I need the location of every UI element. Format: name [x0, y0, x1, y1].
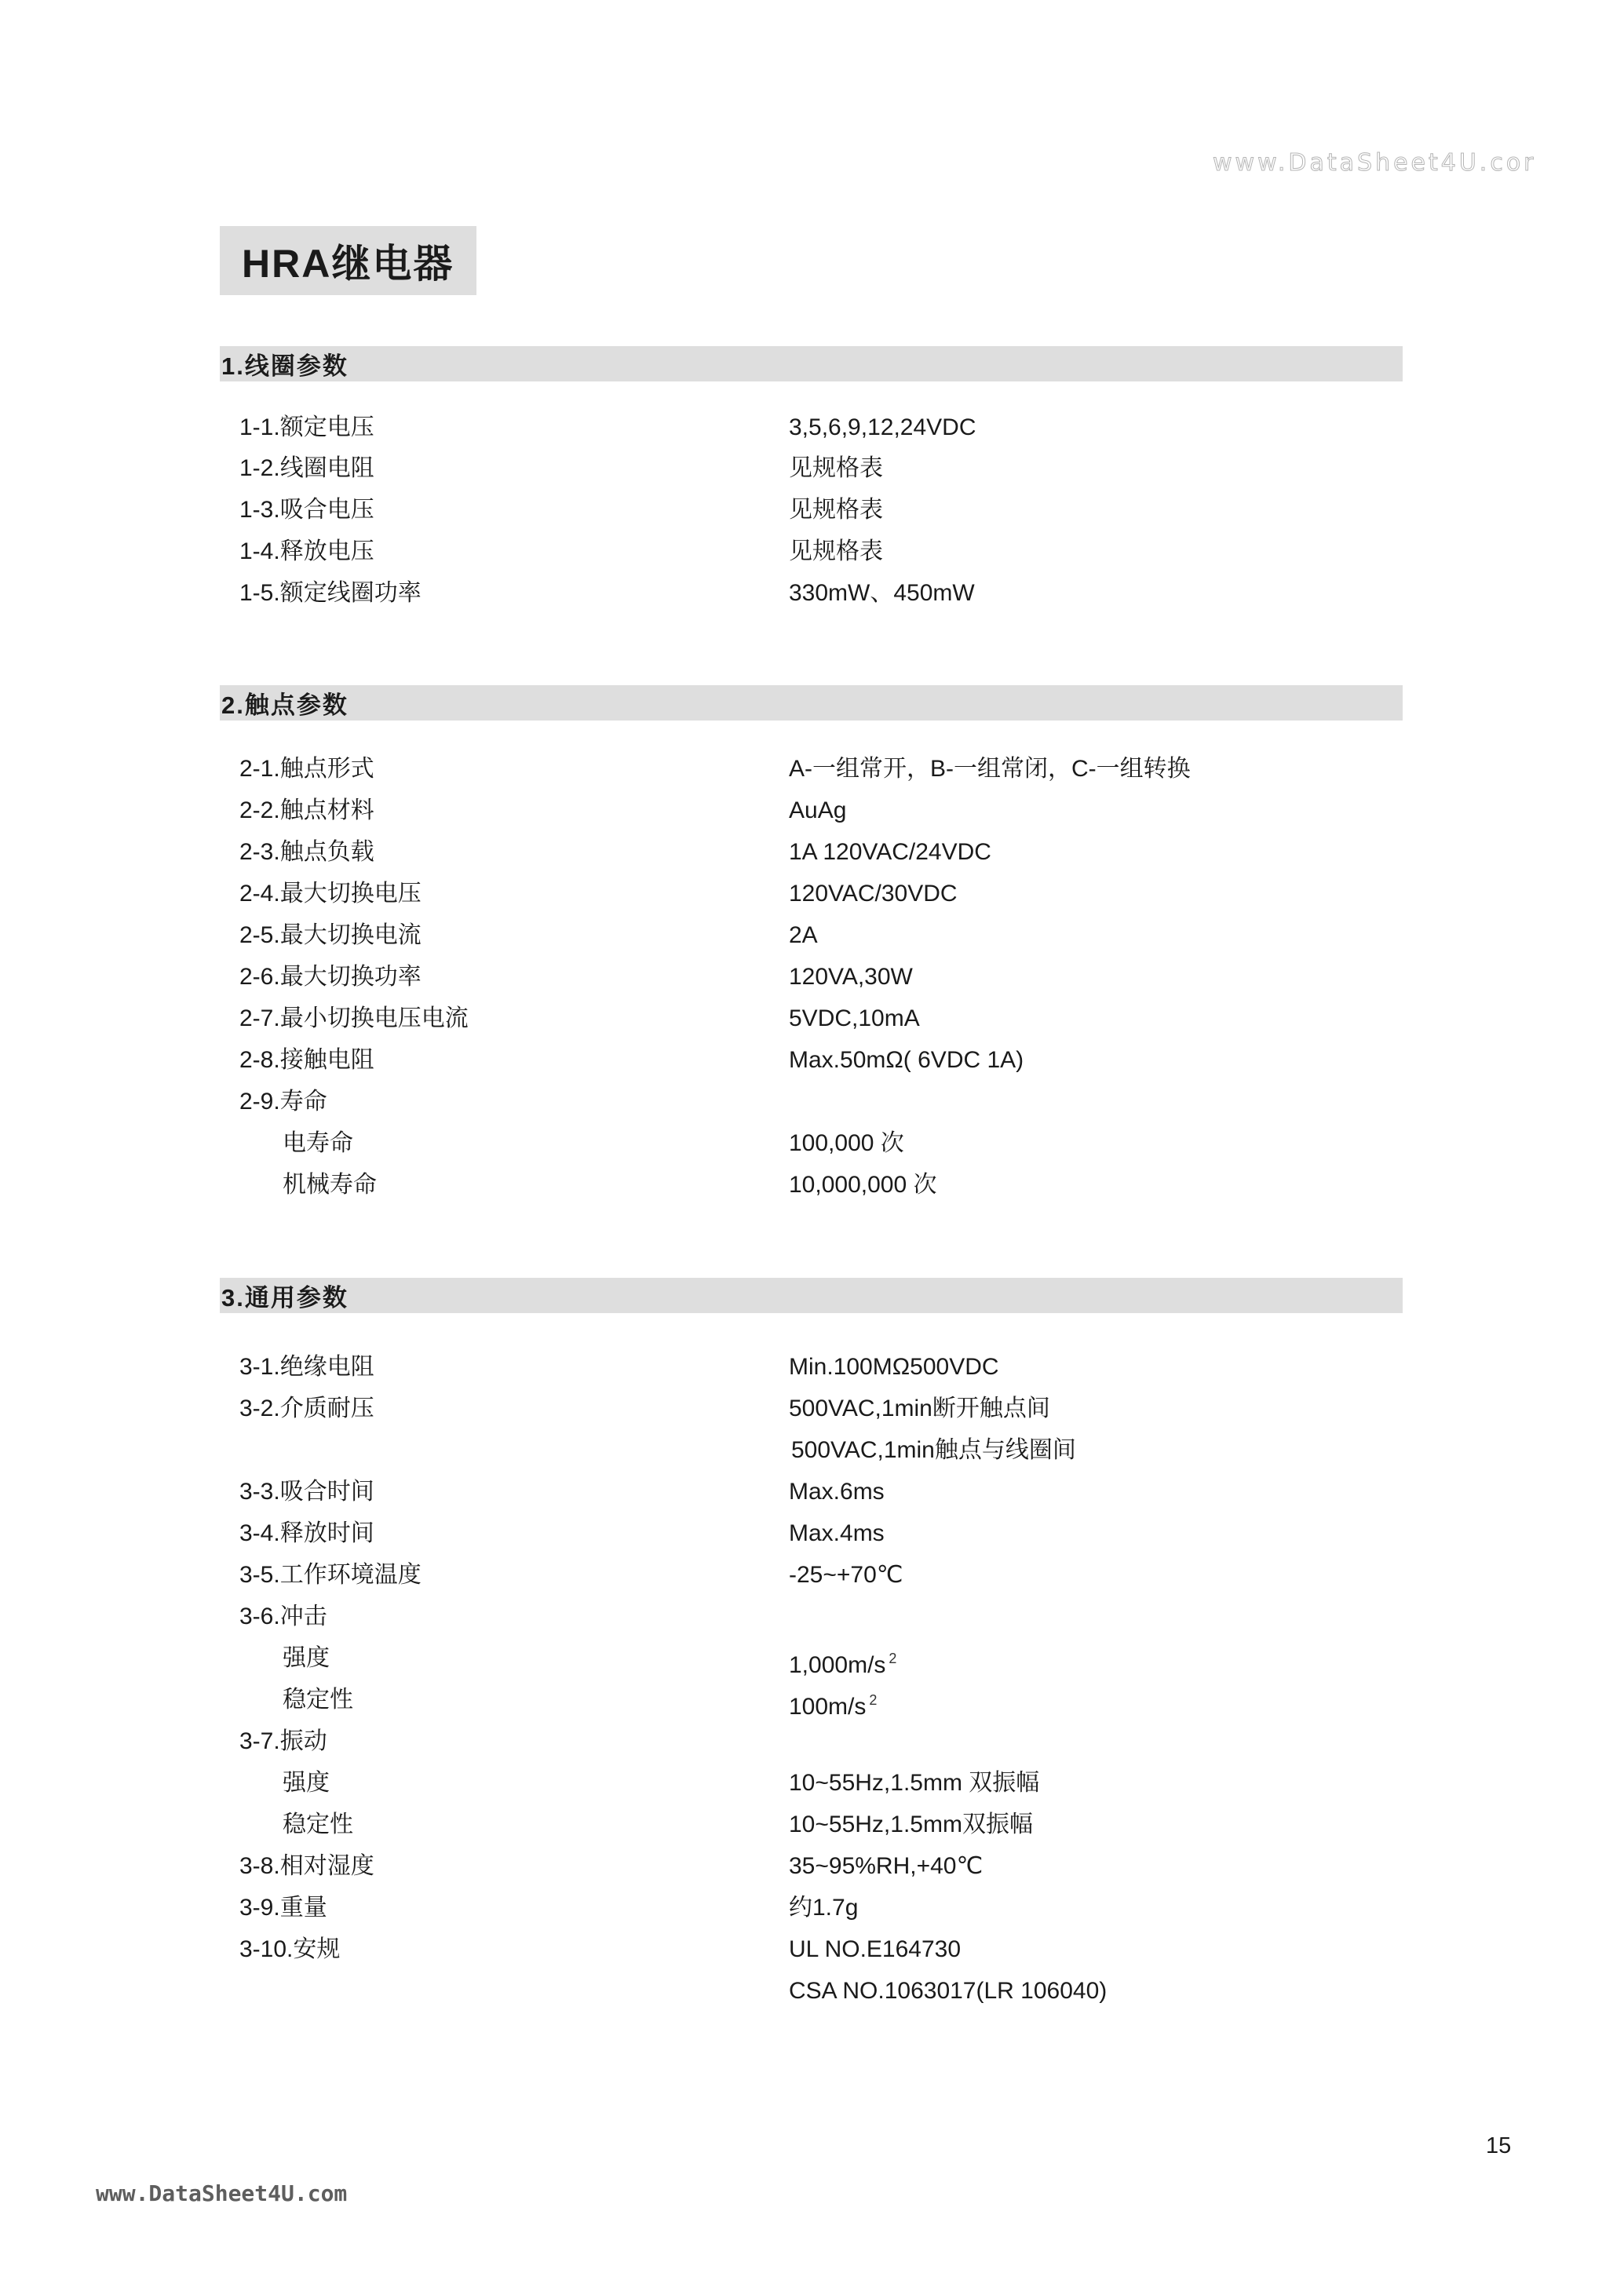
spec-row: 3-8.相对湿度 35~95%RH,+40℃ — [0, 1849, 1624, 1884]
spec-value: Min.100MΩ500VDC — [789, 1350, 999, 1385]
spec-row: CSA NO.1063017(LR 106040) — [0, 1974, 1624, 2009]
spec-row: 2-1.触点形式 A-一组常开，B-一组常闭，C-一组转换 — [0, 752, 1624, 786]
spec-row: 2-7.最小切换电压电流 5VDC,10mA — [0, 1002, 1624, 1036]
spec-sublabel: 稳定性 — [283, 1683, 353, 1717]
section-header-general: 3.通用参数 — [220, 1278, 1403, 1313]
section-header-contact: 2.触点参数 — [220, 685, 1403, 721]
spec-label: 2-7.最小切换电压电流 — [239, 1002, 469, 1036]
spec-row: 1-1.额定电压 3,5,6,9,12,24VDC — [0, 410, 1624, 445]
section-title: 2.触点参数 — [221, 685, 349, 721]
spec-row: 3-2.介质耐压 500VAC,1min断开触点间 — [0, 1392, 1624, 1426]
spec-value: 120VA,30W — [789, 960, 913, 994]
spec-subrow: 强度 10~55Hz,1.5mm 双振幅 — [0, 1766, 1624, 1801]
spec-value: 100m/s2 — [789, 1683, 877, 1724]
spec-value: Max.50mΩ( 6VDC 1A) — [789, 1043, 1024, 1078]
spec-sublabel: 稳定性 — [283, 1808, 353, 1842]
spec-label: 1-3.吸合电压 — [239, 493, 374, 527]
spec-value: 35~95%RH,+40℃ — [789, 1849, 983, 1884]
spec-value: 见规格表 — [789, 535, 883, 569]
spec-row: 2-8.接触电阻 Max.50mΩ( 6VDC 1A) — [0, 1043, 1624, 1078]
spec-value: Max.4ms — [789, 1516, 885, 1551]
spec-label: 3-7.振动 — [239, 1724, 327, 1759]
spec-row: 3-3.吸合时间 Max.6ms — [0, 1475, 1624, 1509]
page-number: 15 — [1486, 2133, 1511, 2159]
spec-label: 2-8.接触电阻 — [239, 1043, 374, 1078]
watermark-bottom: www.DataSheet4U.com — [96, 2180, 347, 2206]
spec-row: 3-4.释放时间 Max.4ms — [0, 1516, 1624, 1551]
spec-label: 3-6.冲击 — [239, 1600, 327, 1634]
spec-subrow: 稳定性 10~55Hz,1.5mm双振幅 — [0, 1808, 1624, 1842]
spec-subrow: 机械寿命 10,000,000 次 — [0, 1168, 1624, 1202]
spec-label: 3-5.工作环境温度 — [239, 1558, 422, 1593]
spec-label: 1-2.线圈电阻 — [239, 451, 374, 486]
spec-value: 1A 120VAC/24VDC — [789, 835, 991, 870]
spec-value: 330mW、450mW — [789, 576, 975, 611]
spec-value: 500VAC,1min触点与线圈间 — [791, 1433, 1076, 1468]
spec-value: A-一组常开，B-一组常闭，C-一组转换 — [789, 752, 1191, 786]
spec-value: 见规格表 — [789, 451, 883, 486]
spec-label: 3-2.介质耐压 — [239, 1392, 374, 1426]
spec-value: CSA NO.1063017(LR 106040) — [789, 1974, 1107, 2009]
spec-row: 1-5.额定线圈功率 330mW、450mW — [0, 576, 1624, 611]
spec-value: 约1.7g — [789, 1891, 858, 1925]
spec-label: 2-2.触点材料 — [239, 794, 374, 828]
spec-label: 2-5.最大切换电流 — [239, 918, 422, 953]
section-title: 3.通用参数 — [221, 1278, 349, 1313]
document-title-box: HRA继电器 — [220, 226, 476, 295]
section-title: 1.线圈参数 — [221, 346, 349, 381]
spec-row: 2-3.触点负载 1A 120VAC/24VDC — [0, 835, 1624, 870]
watermark-top: www.DataSheet4U.cor — [1213, 149, 1537, 177]
spec-sublabel: 强度 — [283, 1641, 330, 1676]
document-title: HRA继电器 — [242, 232, 454, 289]
spec-sublabel: 电寿命 — [283, 1126, 353, 1161]
spec-row: 2-2.触点材料 AuAg — [0, 794, 1624, 828]
spec-subrow: 稳定性 100m/s2 — [0, 1683, 1624, 1717]
spec-row: 3-10.安规 UL NO.E164730 — [0, 1932, 1624, 1967]
spec-row: 3-6.冲击 — [0, 1600, 1624, 1634]
spec-label: 2-4.最大切换电压 — [239, 877, 422, 911]
section-header-coil: 1.线圈参数 — [220, 346, 1403, 381]
spec-label: 3-4.释放时间 — [239, 1516, 374, 1551]
spec-row: 3-5.工作环境温度 -25~+70℃ — [0, 1558, 1624, 1593]
spec-label: 1-5.额定线圈功率 — [239, 576, 422, 611]
spec-value: 5VDC,10mA — [789, 1002, 920, 1036]
spec-row: 3-9.重量 约1.7g — [0, 1891, 1624, 1925]
spec-row: 1-3.吸合电压 见规格表 — [0, 493, 1624, 527]
spec-value: UL NO.E164730 — [789, 1932, 961, 1967]
spec-value: 10,000,000 次 — [789, 1168, 936, 1202]
spec-label: 1-4.释放电压 — [239, 535, 374, 569]
spec-value: 3,5,6,9,12,24VDC — [789, 410, 976, 445]
spec-label: 2-9.寿命 — [239, 1085, 327, 1119]
spec-value: -25~+70℃ — [789, 1558, 903, 1593]
spec-label: 2-6.最大切换功率 — [239, 960, 422, 994]
spec-row: 1-2.线圈电阻 见规格表 — [0, 451, 1624, 486]
spec-subrow: 电寿命 100,000 次 — [0, 1126, 1624, 1161]
spec-value: 2A — [789, 918, 818, 953]
spec-label: 3-9.重量 — [239, 1891, 327, 1925]
spec-sublabel: 机械寿命 — [283, 1168, 377, 1202]
spec-value: 100,000 次 — [789, 1126, 904, 1161]
spec-row: 2-4.最大切换电压 120VAC/30VDC — [0, 877, 1624, 911]
spec-row: 500VAC,1min触点与线圈间 — [0, 1433, 1624, 1468]
spec-row: 2-5.最大切换电流 2A — [0, 918, 1624, 953]
spec-row: 3-1.绝缘电阻 Min.100MΩ500VDC — [0, 1350, 1624, 1385]
spec-value: AuAg — [789, 794, 846, 828]
spec-value: 10~55Hz,1.5mm 双振幅 — [789, 1766, 1039, 1801]
spec-row: 2-9.寿命 — [0, 1085, 1624, 1119]
spec-label: 3-3.吸合时间 — [239, 1475, 374, 1509]
spec-value: 见规格表 — [789, 493, 883, 527]
spec-label: 3-1.绝缘电阻 — [239, 1350, 374, 1385]
spec-label: 1-1.额定电压 — [239, 410, 374, 445]
spec-value: 500VAC,1min断开触点间 — [789, 1392, 1050, 1426]
spec-label: 2-1.触点形式 — [239, 752, 374, 786]
spec-value: 10~55Hz,1.5mm双振幅 — [789, 1808, 1033, 1842]
spec-sublabel: 强度 — [283, 1766, 330, 1801]
spec-value: 1,000m/s2 — [789, 1641, 896, 1683]
spec-label: 3-8.相对湿度 — [239, 1849, 374, 1884]
spec-row: 2-6.最大切换功率 120VA,30W — [0, 960, 1624, 994]
spec-label: 2-3.触点负载 — [239, 835, 374, 870]
spec-row: 1-4.释放电压 见规格表 — [0, 535, 1624, 569]
spec-value: 120VAC/30VDC — [789, 877, 958, 911]
spec-label: 3-10.安规 — [239, 1932, 340, 1967]
spec-row: 3-7.振动 — [0, 1724, 1624, 1759]
spec-subrow: 强度 1,000m/s2 — [0, 1641, 1624, 1676]
spec-value: Max.6ms — [789, 1475, 885, 1509]
